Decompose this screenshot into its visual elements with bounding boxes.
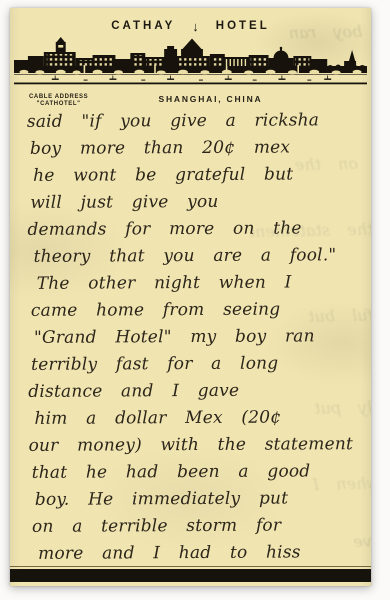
handwritten-line: that he had been a good: [32, 458, 364, 487]
handwritten-line: distance and I gave: [28, 377, 363, 406]
handwritten-line: came home from seeing: [31, 296, 363, 325]
handwritten-line: him a dollar Mex (20¢: [34, 404, 363, 433]
hotel-name: CATHAY ↓ HOTEL: [10, 20, 371, 32]
handwritten-line: on a terrible storm for: [32, 512, 364, 541]
handwritten-line: boy more than 20¢ mex: [30, 134, 362, 163]
scanned-letter: "Grand Hotel" my boy ran demands for mor…: [0, 0, 390, 600]
hotel-name-left: CATHAY: [111, 20, 175, 32]
handwritten-line: said "if you give a ricksha: [27, 107, 362, 136]
page-bottom-edge: [10, 569, 371, 582]
bund-skyline-icon: [14, 37, 367, 87]
handwritten-line: theory that you are a fool.": [34, 242, 363, 271]
handwritten-line: boy. He immediately put: [35, 485, 364, 514]
letterhead: CATHAY ↓ HOTEL: [10, 8, 371, 108]
down-arrow-icon: ↓: [192, 22, 199, 32]
letter-paper: "Grand Hotel" my boy ran demands for mor…: [10, 8, 371, 586]
handwritten-line: our money) with the statement: [28, 431, 363, 460]
handwritten-line: he wont be grateful but: [33, 161, 362, 190]
letter-body: said "if you give a ricksha boy more tha…: [27, 107, 364, 568]
page-bottom-rule: [10, 566, 371, 567]
location-line: SHANGHAI, CHINA: [10, 94, 371, 104]
handwritten-line: demands for more on the: [27, 215, 362, 244]
handwritten-line: more and I had to hiss: [38, 539, 364, 568]
handwritten-line: The other night when I: [37, 269, 363, 298]
hotel-name-right: HOTEL: [216, 20, 270, 32]
handwritten-line: will just give you: [30, 188, 362, 217]
handwritten-line: terribly fast for a long: [31, 350, 363, 379]
handwritten-line: "Grand Hotel" my boy ran: [34, 323, 363, 352]
